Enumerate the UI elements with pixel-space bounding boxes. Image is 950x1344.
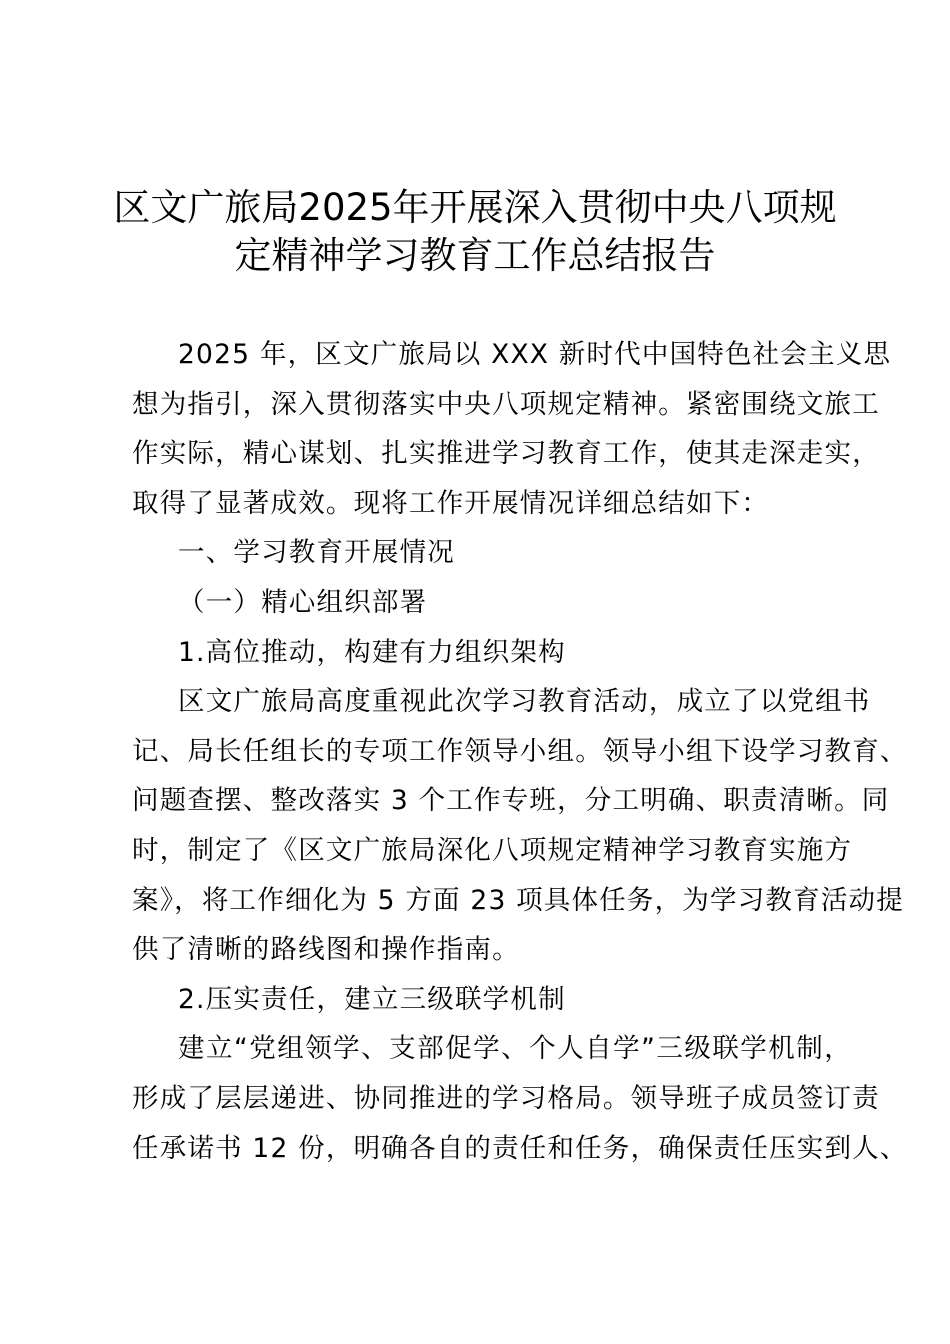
body-line: 供了清晰的路线图和操作指南。 <box>132 933 852 967</box>
document-title-line-1: 区文广旅局2025年开展深入贯彻中央八项规 <box>0 186 950 230</box>
body-line: 取得了显著成效。现将工作开展情况详细总结如下： <box>132 487 852 521</box>
body-line: 作实际，精心谋划、扎实推进学习教育工作，使其走深走实， <box>132 437 852 471</box>
body-line: 想为指引，深入贯彻落实中央八项规定精神。紧密围绕文旅工 <box>132 388 852 422</box>
body-line: 区文广旅局高度重视此次学习教育活动，成立了以党组书 <box>178 685 852 719</box>
body-line: 时，制定了《区文广旅局深化八项规定精神学习教育实施方 <box>132 834 852 868</box>
body-line: （一）精心组织部署 <box>178 586 852 620</box>
document-page: 区文广旅局2025年开展深入贯彻中央八项规 定精神学习教育工作总结报告 2025… <box>0 0 950 1344</box>
body-line: 任承诺书 12 份，明确各自的责任和任务，确保责任压实到人、 <box>132 1132 852 1166</box>
body-line: 1.高位推动，构建有力组织架构 <box>178 636 852 670</box>
body-line: 建立“党组领学、支部促学、个人自学”三级联学机制， <box>178 1032 852 1066</box>
body-line: 问题查摆、整改落实 3 个工作专班，分工明确、职责清晰。同 <box>132 784 852 818</box>
body-line: 一、学习教育开展情况 <box>178 536 852 570</box>
body-line: 2025 年，区文广旅局以 XXX 新时代中国特色社会主义思 <box>178 338 852 372</box>
body-line: 记、局长任组长的专项工作领导小组。领导小组下设学习教育、 <box>132 735 852 769</box>
body-line: 2.压实责任，建立三级联学机制 <box>178 983 852 1017</box>
body-line: 形成了层层递进、协同推进的学习格局。领导班子成员签订责 <box>132 1082 852 1116</box>
body-line: 案》，将工作细化为 5 方面 23 项具体任务，为学习教育活动提 <box>132 884 852 918</box>
document-title-line-2: 定精神学习教育工作总结报告 <box>0 234 950 278</box>
